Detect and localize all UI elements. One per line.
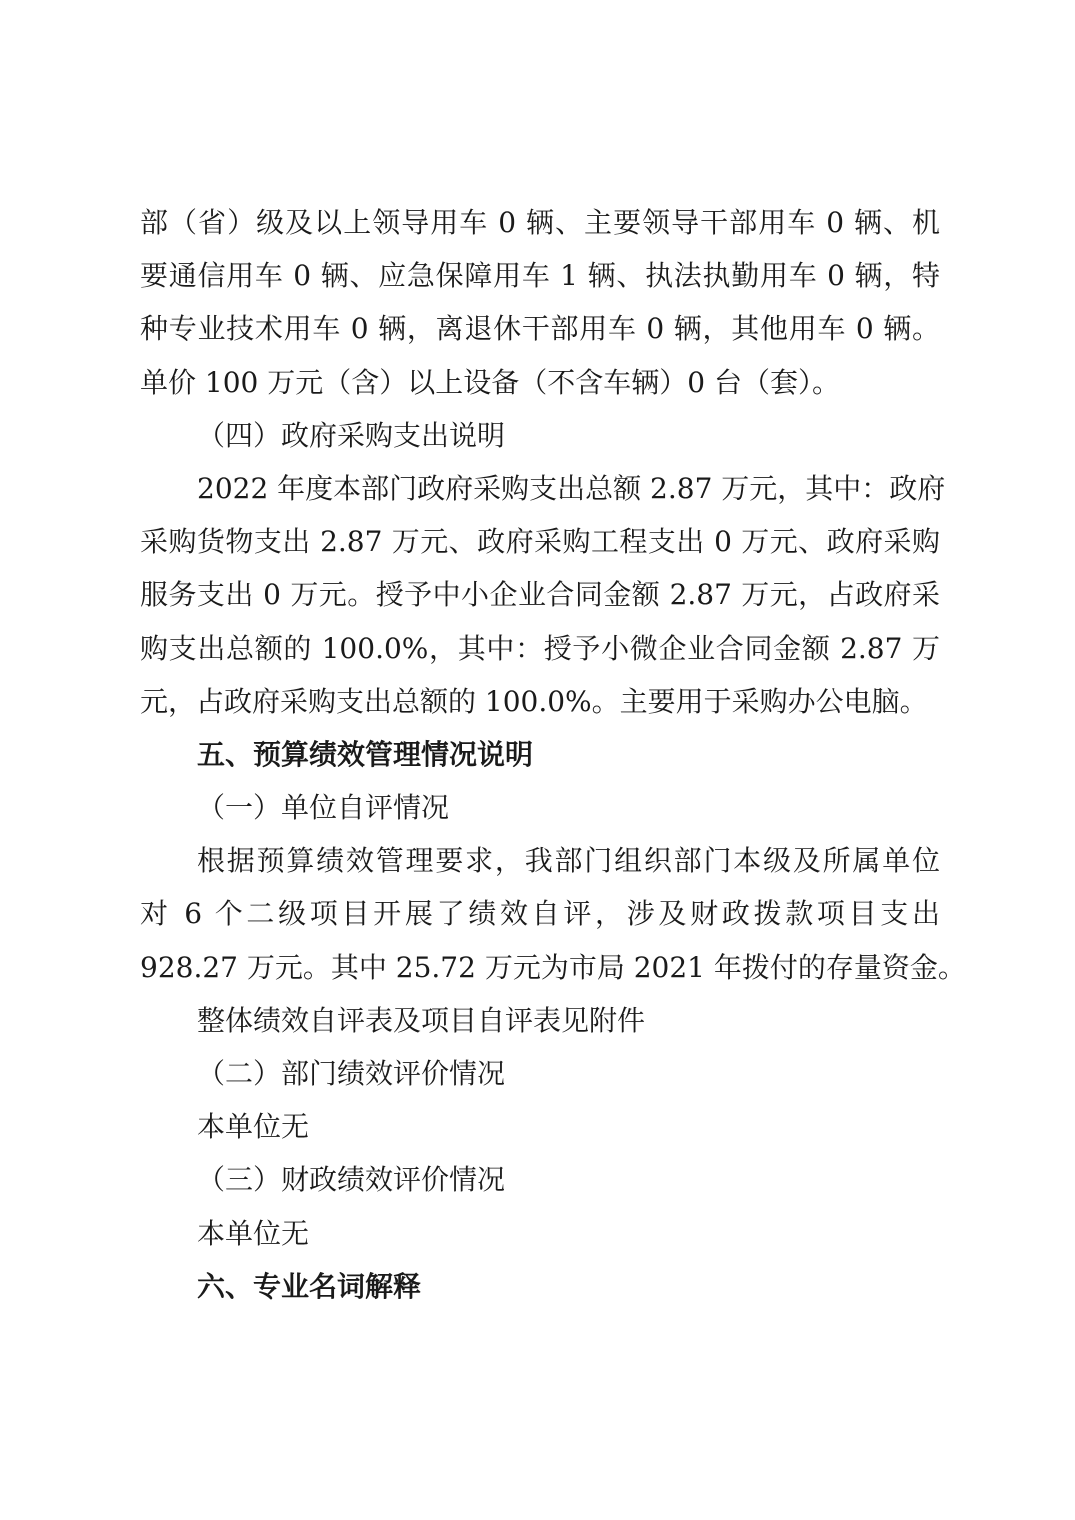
sub-3-body: 本单位无 (140, 1207, 940, 1260)
paragraph-line: 元，占政府采购支出总额的 100.0%。主要用于采购办公电脑。 (140, 675, 940, 728)
sub-2-heading: （二）部门绩效评价情况 (140, 1047, 940, 1100)
paragraph-line: 要通信用车 0 辆、应急保障用车 1 辆、执法执勤用车 0 辆，特 (140, 249, 940, 302)
paragraph-line: 2022 年度本部门政府采购支出总额 2.87 万元，其中：政府 (140, 462, 940, 515)
vehicles-paragraph: 部（省）级及以上领导用车 0 辆、主要领导干部用车 0 辆、机 要通信用车 0 … (140, 196, 940, 409)
sub-3-heading: （三）财政绩效评价情况 (140, 1153, 940, 1206)
paragraph-line: 928.27 万元。其中 25.72 万元为市局 2021 年拨付的存量资金。 (140, 941, 940, 994)
attachment-note: 整体绩效自评表及项目自评表见附件 (140, 994, 940, 1047)
paragraph-line: 种专业技术用车 0 辆，离退休干部用车 0 辆，其他用车 0 辆。 (140, 302, 940, 355)
procurement-paragraph: 2022 年度本部门政府采购支出总额 2.87 万元，其中：政府 采购货物支出 … (140, 462, 940, 728)
section-five-heading: 五、预算绩效管理情况说明 (140, 728, 940, 781)
paragraph-line: 对 6 个二级项目开展了绩效自评，涉及财政拨款项目支出 (140, 887, 940, 940)
paragraph-line: 根据预算绩效管理要求，我部门组织部门本级及所属单位 (140, 834, 940, 887)
document-page: 部（省）级及以上领导用车 0 辆、主要领导干部用车 0 辆、机 要通信用车 0 … (140, 196, 940, 1313)
paragraph-line: 部（省）级及以上领导用车 0 辆、主要领导干部用车 0 辆、机 (140, 196, 940, 249)
paragraph-line: 购支出总额的 100.0%，其中：授予小微企业合同金额 2.87 万 (140, 622, 940, 675)
self-eval-paragraph: 根据预算绩效管理要求，我部门组织部门本级及所属单位 对 6 个二级项目开展了绩效… (140, 834, 940, 994)
paragraph-line: 单价 100 万元（含）以上设备（不含车辆）0 台（套）。 (140, 356, 940, 409)
sub-2-body: 本单位无 (140, 1100, 940, 1153)
paragraph-line: 服务支出 0 万元。授予中小企业合同金额 2.87 万元，占政府采 (140, 568, 940, 621)
section-six-heading: 六、专业名词解释 (140, 1260, 940, 1313)
section-4-heading: （四）政府采购支出说明 (140, 409, 940, 462)
sub-1-heading: （一）单位自评情况 (140, 781, 940, 834)
paragraph-line: 采购货物支出 2.87 万元、政府采购工程支出 0 万元、政府采购 (140, 515, 940, 568)
